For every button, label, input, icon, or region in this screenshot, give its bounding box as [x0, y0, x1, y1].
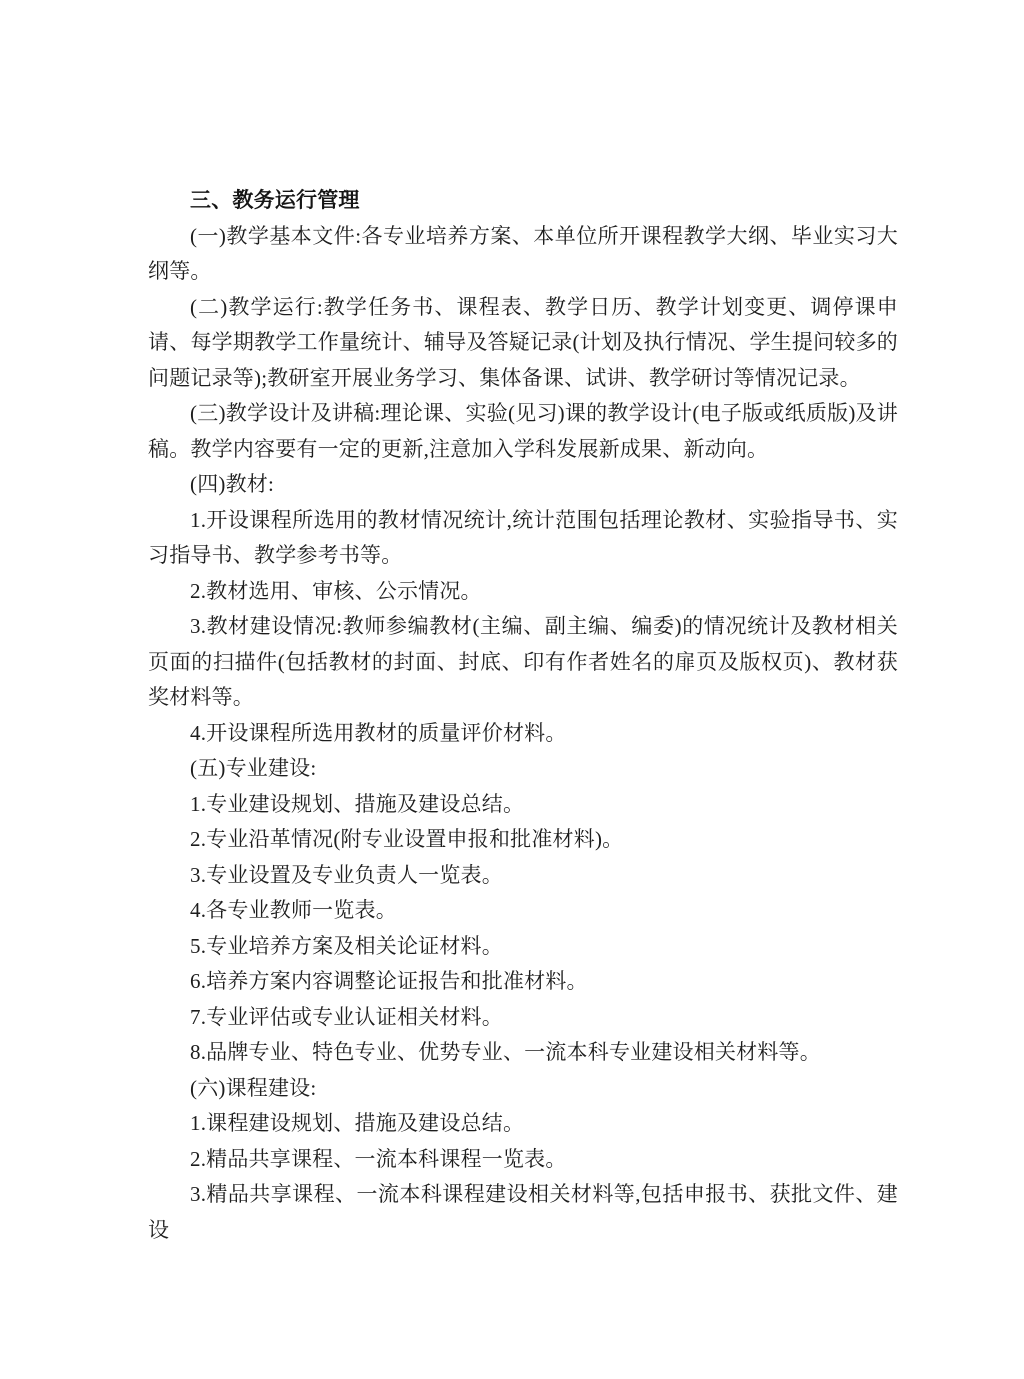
scanned-document-page: { "colors": { "page_background": "#fffff… — [0, 0, 1024, 1379]
paragraph-teaching-operation: (二)教学运行:教学任务书、课程表、教学日历、教学计划变更、调停课申请、每学期教… — [148, 290, 898, 397]
paragraph-major-item-7: 7.专业评估或专业认证相关材料。 — [148, 1000, 898, 1036]
paragraph-teaching-design: (三)教学设计及讲稿:理论课、实验(见习)课的教学设计(电子版或纸质版)及讲稿。… — [148, 396, 898, 467]
paragraph-textbooks-item-1: 1.开设课程所选用的教材情况统计,统计范围包括理论教材、实验指导书、实习指导书、… — [148, 503, 898, 574]
paragraph-textbooks-item-4: 4.开设课程所选用教材的质量评价材料。 — [148, 716, 898, 752]
paragraph-textbooks-item-2: 2.教材选用、审核、公示情况。 — [148, 574, 898, 610]
paragraph-major-item-6: 6.培养方案内容调整论证报告和批准材料。 — [148, 964, 898, 1000]
paragraph-course-item-1: 1.课程建设规划、措施及建设总结。 — [148, 1106, 898, 1142]
paragraph-major-item-8: 8.品牌专业、特色专业、优势专业、一流本科专业建设相关材料等。 — [148, 1035, 898, 1071]
document-text-block: 三、教务运行管理 (一)教学基本文件:各专业培养方案、本单位所开课程教学大纲、毕… — [148, 183, 898, 1248]
paragraph-major-construction-heading: (五)专业建设: — [148, 751, 898, 787]
section-heading: 三、教务运行管理 — [148, 183, 898, 219]
paragraph-major-item-2: 2.专业沿革情况(附专业设置申报和批准材料)。 — [148, 822, 898, 858]
paragraph-course-item-2: 2.精品共享课程、一流本科课程一览表。 — [148, 1142, 898, 1178]
paragraph-major-item-5: 5.专业培养方案及相关论证材料。 — [148, 929, 898, 965]
paragraph-textbooks-item-3: 3.教材建设情况:教师参编教材(主编、副主编、编委)的情况统计及教材相关页面的扫… — [148, 609, 898, 716]
paragraph-teaching-basic-documents: (一)教学基本文件:各专业培养方案、本单位所开课程教学大纲、毕业实习大纲等。 — [148, 219, 898, 290]
paragraph-major-item-3: 3.专业设置及专业负责人一览表。 — [148, 858, 898, 894]
paragraph-textbooks-heading: (四)教材: — [148, 467, 898, 503]
document-page: 三、教务运行管理 (一)教学基本文件:各专业培养方案、本单位所开课程教学大纲、毕… — [0, 0, 1024, 1379]
paragraph-course-construction-heading: (六)课程建设: — [148, 1071, 898, 1107]
paragraph-course-item-3: 3.精品共享课程、一流本科课程建设相关材料等,包括申报书、获批文件、建设 — [148, 1177, 898, 1248]
paragraph-major-item-1: 1.专业建设规划、措施及建设总结。 — [148, 787, 898, 823]
paragraph-major-item-4: 4.各专业教师一览表。 — [148, 893, 898, 929]
